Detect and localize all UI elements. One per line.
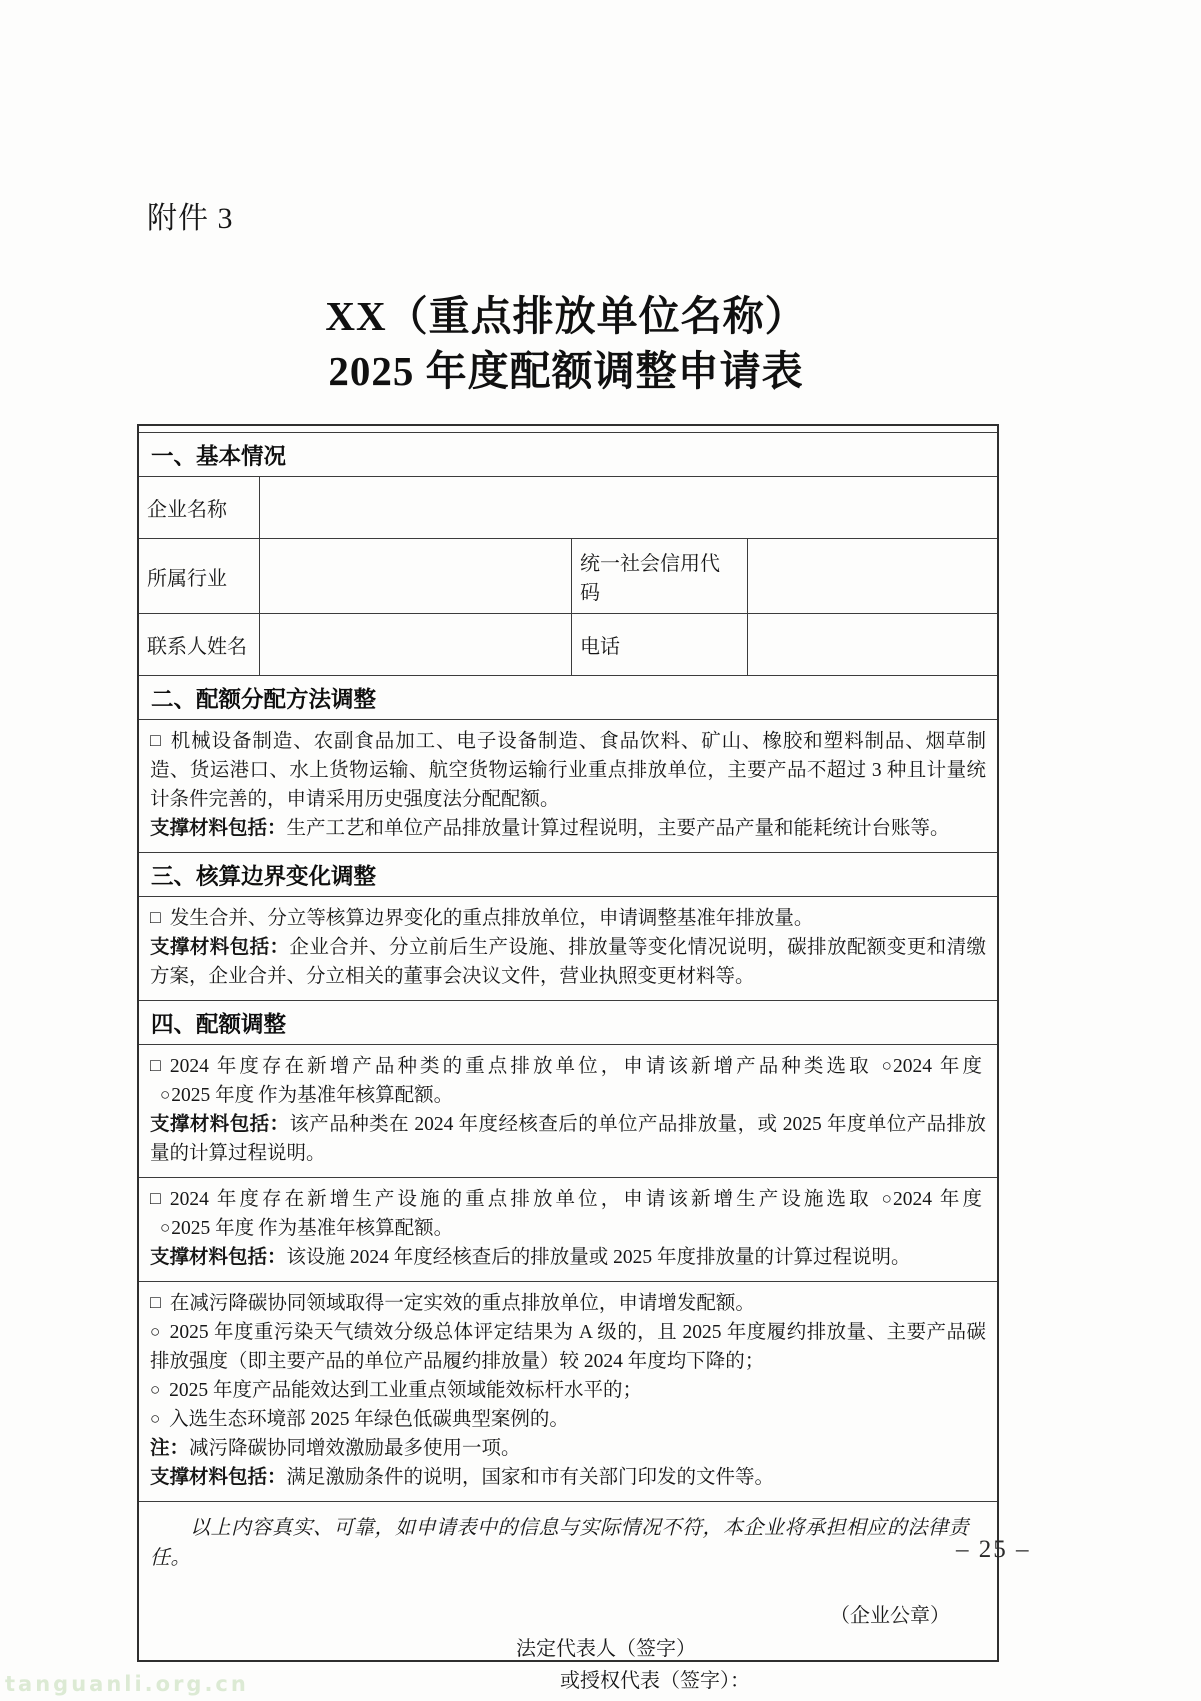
note-label: 注： (150, 1438, 189, 1459)
credit-code-label: 统一社会信用代码 (571, 539, 747, 613)
support-materials-label: 支撑材料包括： (150, 1247, 287, 1268)
support-materials-text: 满足激励条件的说明，国家和市有关部门印发的文件等。 (287, 1467, 775, 1488)
incentive-option-a-text: 2025 年度重污染天气绩效分级总体评定结果为 A 级的，且 2025 年度履约… (150, 1322, 986, 1372)
method-adjustment-support: 支撑材料包括：生产工艺和单位产品排放量计算过程说明，主要产品产量和能耗统计台账等… (150, 814, 986, 843)
incentive-option-b-text: 2025 年度产品能效达到工业重点领域能效标杆水平的； (169, 1380, 642, 1401)
doc-title: XX（重点排放单位名称） 2025 年度配额调整申请表 (137, 289, 995, 399)
form-row-contact-phone: 联系人姓名 电话 (139, 614, 997, 676)
incentive-option-a: ○ 2025 年度重污染天气绩效分级总体评定结果为 A 级的，且 2025 年度… (150, 1318, 986, 1376)
industry-label: 所属行业 (139, 539, 259, 613)
radio-icon[interactable]: ○ (882, 1051, 892, 1080)
company-seal-label: （企业公章） (150, 1599, 986, 1628)
checkbox-icon[interactable]: □ (150, 726, 161, 755)
quota-new-facility-support: 支撑材料包括：该设施 2024 年度经核查后的排放量或 2025 年度排放量的计… (150, 1243, 986, 1272)
incentive-support: 支撑材料包括：满足激励条件的说明，国家和市有关部门印发的文件等。 (150, 1463, 986, 1492)
legal-representative-signature-label: 法定代表人（签字） (150, 1632, 986, 1661)
radio-option-2025[interactable]: ○2025 年度 (160, 1218, 254, 1239)
company-name-input[interactable] (259, 477, 997, 538)
quota-new-product-item: □2024 年度存在新增产品种类的重点排放单位，申请该新增产品种类选取○2024… (150, 1052, 986, 1110)
radio-icon[interactable]: ○ (150, 1317, 160, 1346)
support-materials-label: 支撑材料包括： (150, 937, 289, 958)
radio-icon[interactable]: ○ (160, 1080, 170, 1109)
checkbox-icon[interactable]: □ (150, 903, 161, 932)
quota-new-facility-text: 2024 年度存在新增生产设施的重点排放单位，申请该新增生产设施选取 (170, 1189, 872, 1210)
section-header-basic-info: 一、基本情况 (139, 433, 997, 477)
attachment-label: 附件 3 (147, 193, 234, 237)
watermark: tanguanli.org.cn (5, 1672, 249, 1696)
phone-input[interactable] (747, 614, 997, 675)
support-materials-label: 支撑材料包括： (150, 1114, 289, 1135)
support-materials-text: 该设施 2024 年度经核查后的排放量或 2025 年度排放量的计算过程说明。 (287, 1247, 911, 1268)
radio-icon[interactable]: ○ (150, 1375, 160, 1404)
contact-name-label: 联系人姓名 (139, 614, 259, 675)
quota-new-product-tail: 作为基准年核算配额。 (258, 1085, 453, 1106)
page-number: – 25 – (956, 1536, 1031, 1564)
credit-code-input[interactable] (747, 539, 997, 613)
checkbox-icon[interactable]: □ (150, 1288, 161, 1317)
form-row-company-name: 企业名称 (139, 477, 997, 539)
declaration-block: 以上内容真实、可靠，如申请表中的信息与实际情况不符，本企业将承担相应的法律责任。… (139, 1502, 997, 1660)
boundary-adjustment-content: □发生合并、分立等核算边界变化的重点排放单位，申请调整基准年排放量。 支撑材料包… (139, 897, 997, 1001)
method-adjustment-text: 机械设备制造、农副食品加工、电子设备制造、食品饮料、矿山、橡胶和塑料制品、烟草制… (150, 731, 986, 810)
incentive-option-c-text: 入选生态环境部 2025 年绿色低碳典型案例的。 (169, 1409, 569, 1430)
form-row-industry-credit-code: 所属行业 统一社会信用代码 (139, 539, 997, 614)
quota-new-facility-item: □2024 年度存在新增生产设施的重点排放单位，申请该新增生产设施选取○2024… (150, 1185, 986, 1243)
quota-new-facility-block: □2024 年度存在新增生产设施的重点排放单位，申请该新增生产设施选取○2024… (139, 1178, 997, 1282)
radio-option-2025[interactable]: ○2025 年度 (160, 1085, 254, 1106)
section-header-quota-adjustment: 四、配额调整 (139, 1001, 997, 1045)
doc-title-line2: 2025 年度配额调整申请表 (137, 344, 995, 399)
method-adjustment-item: □机械设备制造、农副食品加工、电子设备制造、食品饮料、矿山、橡胶和塑料制品、烟草… (150, 727, 986, 814)
support-materials-label: 支撑材料包括： (150, 818, 287, 839)
contact-name-input[interactable] (259, 614, 571, 675)
phone-label: 电话 (571, 614, 747, 675)
quota-incentive-lead-text: 在减污降碳协同领域取得一定实效的重点排放单位，申请增发配额。 (170, 1293, 755, 1314)
doc-title-line1: XX（重点排放单位名称） (137, 289, 995, 344)
quota-new-facility-tail: 作为基准年核算配额。 (258, 1218, 453, 1239)
table-top-double-rule (139, 426, 997, 433)
industry-input[interactable] (259, 539, 571, 613)
radio-icon[interactable]: ○ (160, 1213, 170, 1242)
authorized-representative-signature-label: 或授权代表（签字）： (150, 1664, 986, 1693)
support-materials-text: 生产工艺和单位产品排放量计算过程说明，主要产品产量和能耗统计台账等。 (287, 818, 950, 839)
radio-icon[interactable]: ○ (150, 1404, 160, 1433)
quota-new-product-support: 支撑材料包括：该产品种类在 2024 年度经核查后的单位产品排放量，或 2025… (150, 1110, 986, 1168)
section-header-boundary-adjustment: 三、核算边界变化调整 (139, 853, 997, 897)
incentive-option-b: ○ 2025 年度产品能效达到工业重点领域能效标杆水平的； (150, 1376, 986, 1405)
declaration-statement: 以上内容真实、可靠，如申请表中的信息与实际情况不符，本企业将承担相应的法律责任。 (150, 1513, 986, 1573)
section-header-method-adjustment: 二、配额分配方法调整 (139, 676, 997, 720)
quota-new-product-text: 2024 年度存在新增产品种类的重点排放单位，申请该新增产品种类选取 (170, 1056, 872, 1077)
note-text: 减污降碳协同增效激励最多使用一项。 (189, 1438, 521, 1459)
radio-option-2024-label: 2024 年度 (893, 1056, 982, 1077)
application-form-table: 一、基本情况 企业名称 所属行业 统一社会信用代码 联系人姓名 电话 二、配额分… (137, 424, 999, 1662)
checkbox-icon[interactable]: □ (150, 1184, 161, 1213)
boundary-adjustment-item: □发生合并、分立等核算边界变化的重点排放单位，申请调整基准年排放量。 (150, 904, 986, 933)
radio-icon[interactable]: ○ (882, 1184, 892, 1213)
boundary-adjustment-support: 支撑材料包括：企业合并、分立前后生产设施、排放量等变化情况说明，碳排放配额变更和… (150, 933, 986, 991)
method-adjustment-content: □机械设备制造、农副食品加工、电子设备制造、食品饮料、矿山、橡胶和塑料制品、烟草… (139, 720, 997, 853)
company-name-label: 企业名称 (139, 477, 259, 538)
checkbox-icon[interactable]: □ (150, 1051, 161, 1080)
radio-option-2024[interactable]: ○2024 年度 (882, 1189, 982, 1210)
radio-option-2025-label: 2025 年度 (171, 1085, 254, 1106)
boundary-adjustment-text: 发生合并、分立等核算边界变化的重点排放单位，申请调整基准年排放量。 (170, 908, 814, 929)
quota-incentive-lead: □在减污降碳协同领域取得一定实效的重点排放单位，申请增发配额。 (150, 1289, 986, 1318)
incentive-note: 注：减污降碳协同增效激励最多使用一项。 (150, 1434, 986, 1463)
radio-option-2024-label: 2024 年度 (893, 1189, 982, 1210)
radio-option-2024[interactable]: ○2024 年度 (882, 1056, 982, 1077)
quota-incentive-block: □在减污降碳协同领域取得一定实效的重点排放单位，申请增发配额。 ○ 2025 年… (139, 1282, 997, 1502)
incentive-option-c: ○ 入选生态环境部 2025 年绿色低碳典型案例的。 (150, 1405, 986, 1434)
radio-option-2025-label: 2025 年度 (171, 1218, 254, 1239)
support-materials-label: 支撑材料包括： (150, 1467, 287, 1488)
quota-new-product-block: □2024 年度存在新增产品种类的重点排放单位，申请该新增产品种类选取○2024… (139, 1045, 997, 1178)
